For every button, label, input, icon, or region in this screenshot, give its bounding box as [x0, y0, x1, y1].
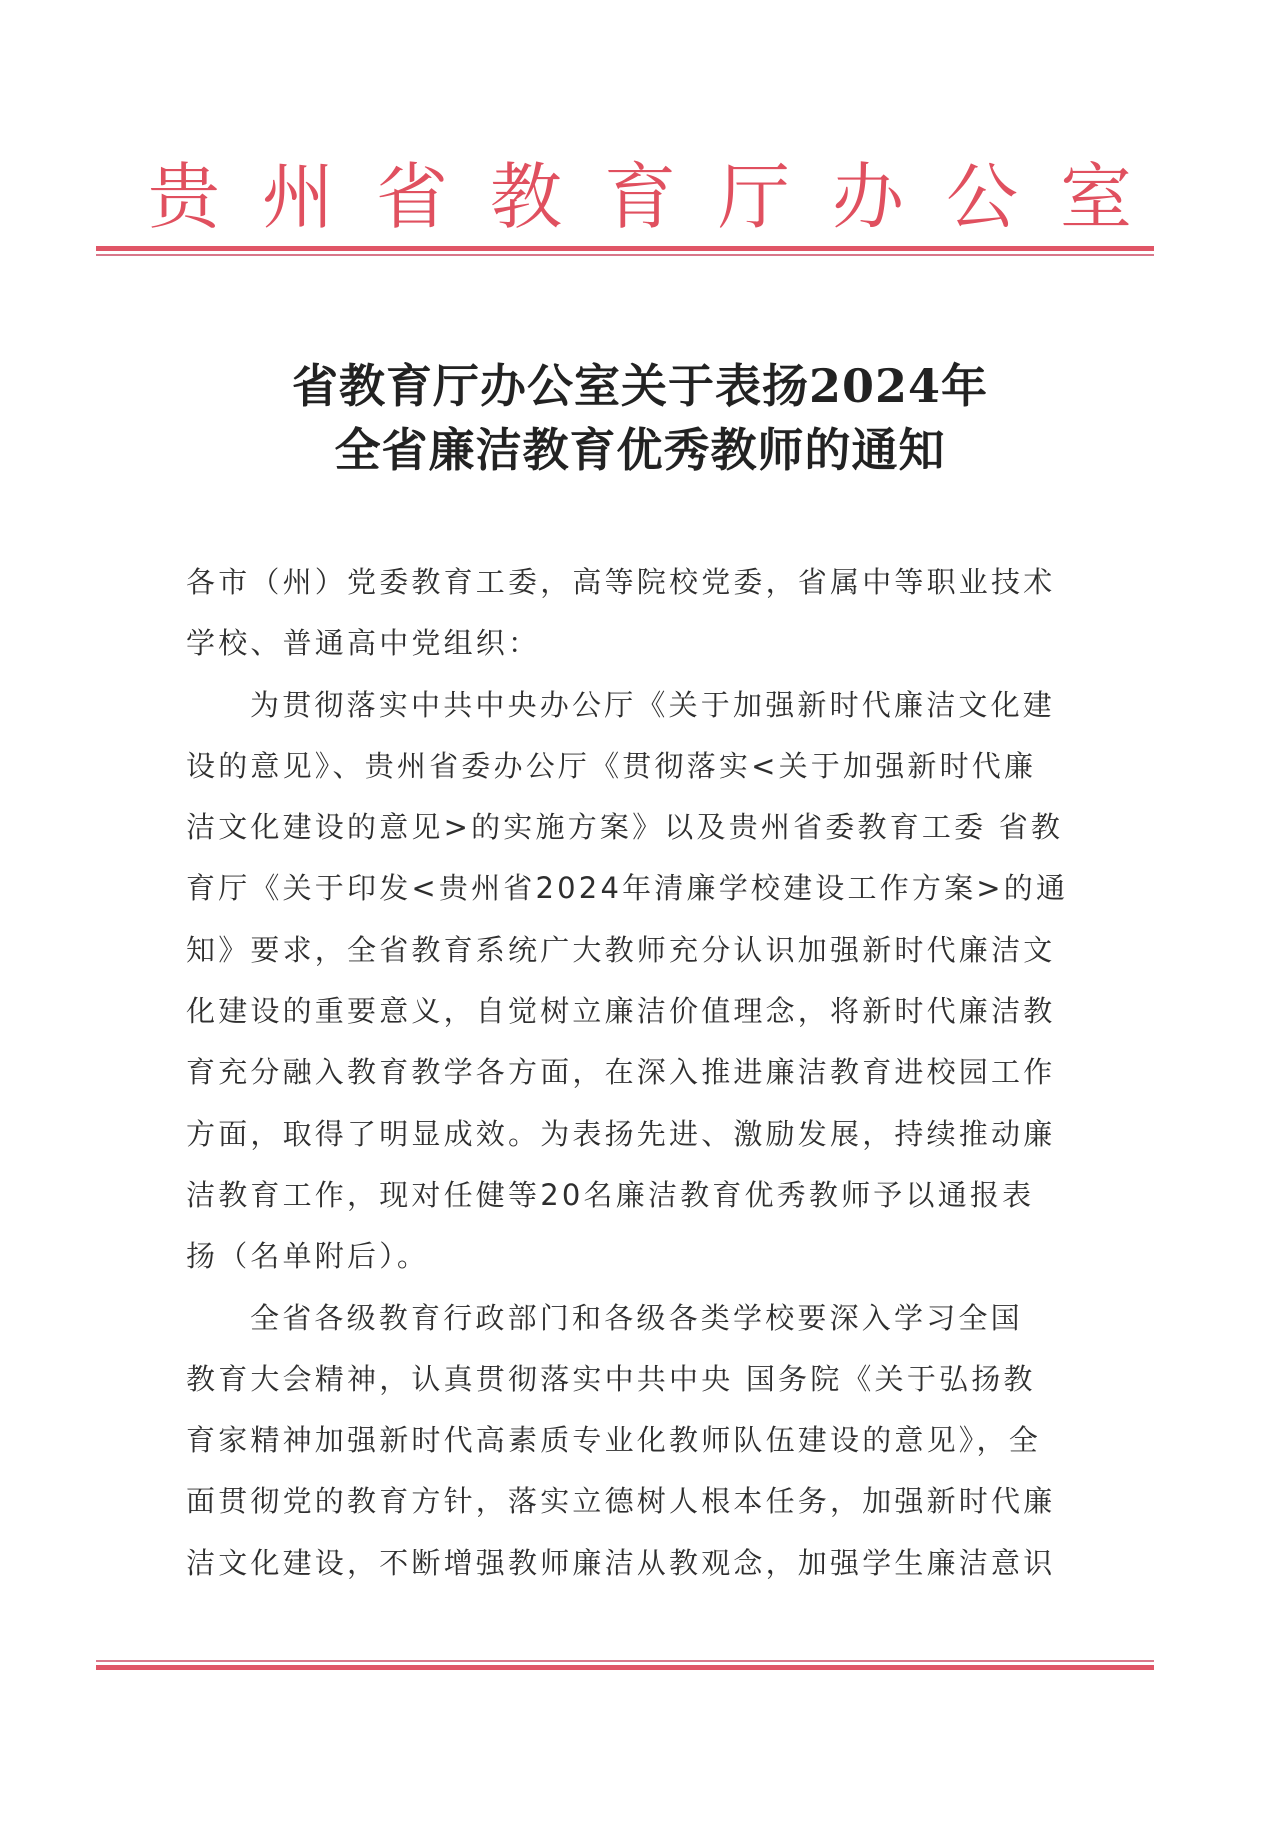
masthead: 贵州省教育厅办公室 [0, 152, 1280, 242]
body-line: 各市（州）党委教育工委，高等院校党委，省属中等职业技术 [186, 552, 1096, 613]
masthead-title: 贵州省教育厅办公室 [106, 152, 1174, 242]
body-line: 学校、普通高中党组织： [186, 613, 1096, 674]
title-line-2: 全省廉洁教育优秀教师的通知 [0, 418, 1280, 482]
body-line: 扬（名单附后）。 [186, 1226, 1096, 1287]
body-line: 设的意见》、贵州省委办公厅《贯彻落实<关于加强新时代廉 [186, 736, 1096, 797]
title-line-1: 省教育厅办公室关于表扬2024年 [0, 354, 1280, 418]
body-line: 育家精神加强新时代高素质专业化教师队伍建设的意见》，全 [186, 1410, 1096, 1471]
document-title: 省教育厅办公室关于表扬2024年 全省廉洁教育优秀教师的通知 [0, 354, 1280, 482]
rule-thin [96, 254, 1154, 256]
body-line: 化建设的重要意义，自觉树立廉洁价值理念，将新时代廉洁教 [186, 981, 1096, 1042]
document-body: 各市（州）党委教育工委，高等院校党委，省属中等职业技术学校、普通高中党组织：为贯… [186, 552, 1096, 1594]
body-line: 为贯彻落实中共中央办公厅《关于加强新时代廉洁文化建 [186, 675, 1096, 736]
body-line: 洁文化建设，不断增强教师廉洁从教观念，加强学生廉洁意识 [186, 1533, 1096, 1594]
body-line: 方面，取得了明显成效。为表扬先进、激励发展，持续推动廉 [186, 1104, 1096, 1165]
top-double-rule [96, 246, 1154, 256]
body-line: 面贯彻党的教育方针，落实立德树人根本任务，加强新时代廉 [186, 1471, 1096, 1532]
rule-thick [96, 1665, 1154, 1670]
body-line: 育充分融入教育教学各方面，在深入推进廉洁教育进校园工作 [186, 1042, 1096, 1103]
body-line: 育厅《关于印发<贵州省2024年清廉学校建设工作方案>的通 [186, 858, 1096, 919]
body-line: 知》要求，全省教育系统广大教师充分认识加强新时代廉洁文 [186, 920, 1096, 981]
body-line: 教育大会精神，认真贯彻落实中共中央 国务院《关于弘扬教 [186, 1349, 1096, 1410]
body-line: 洁文化建设的意见>的实施方案》以及贵州省委教育工委 省教 [186, 797, 1096, 858]
bottom-double-rule [96, 1660, 1154, 1670]
body-line: 洁教育工作，现对任健等20名廉洁教育优秀教师予以通报表 [186, 1165, 1096, 1226]
body-line: 全省各级教育行政部门和各级各类学校要深入学习全国 [186, 1288, 1096, 1349]
